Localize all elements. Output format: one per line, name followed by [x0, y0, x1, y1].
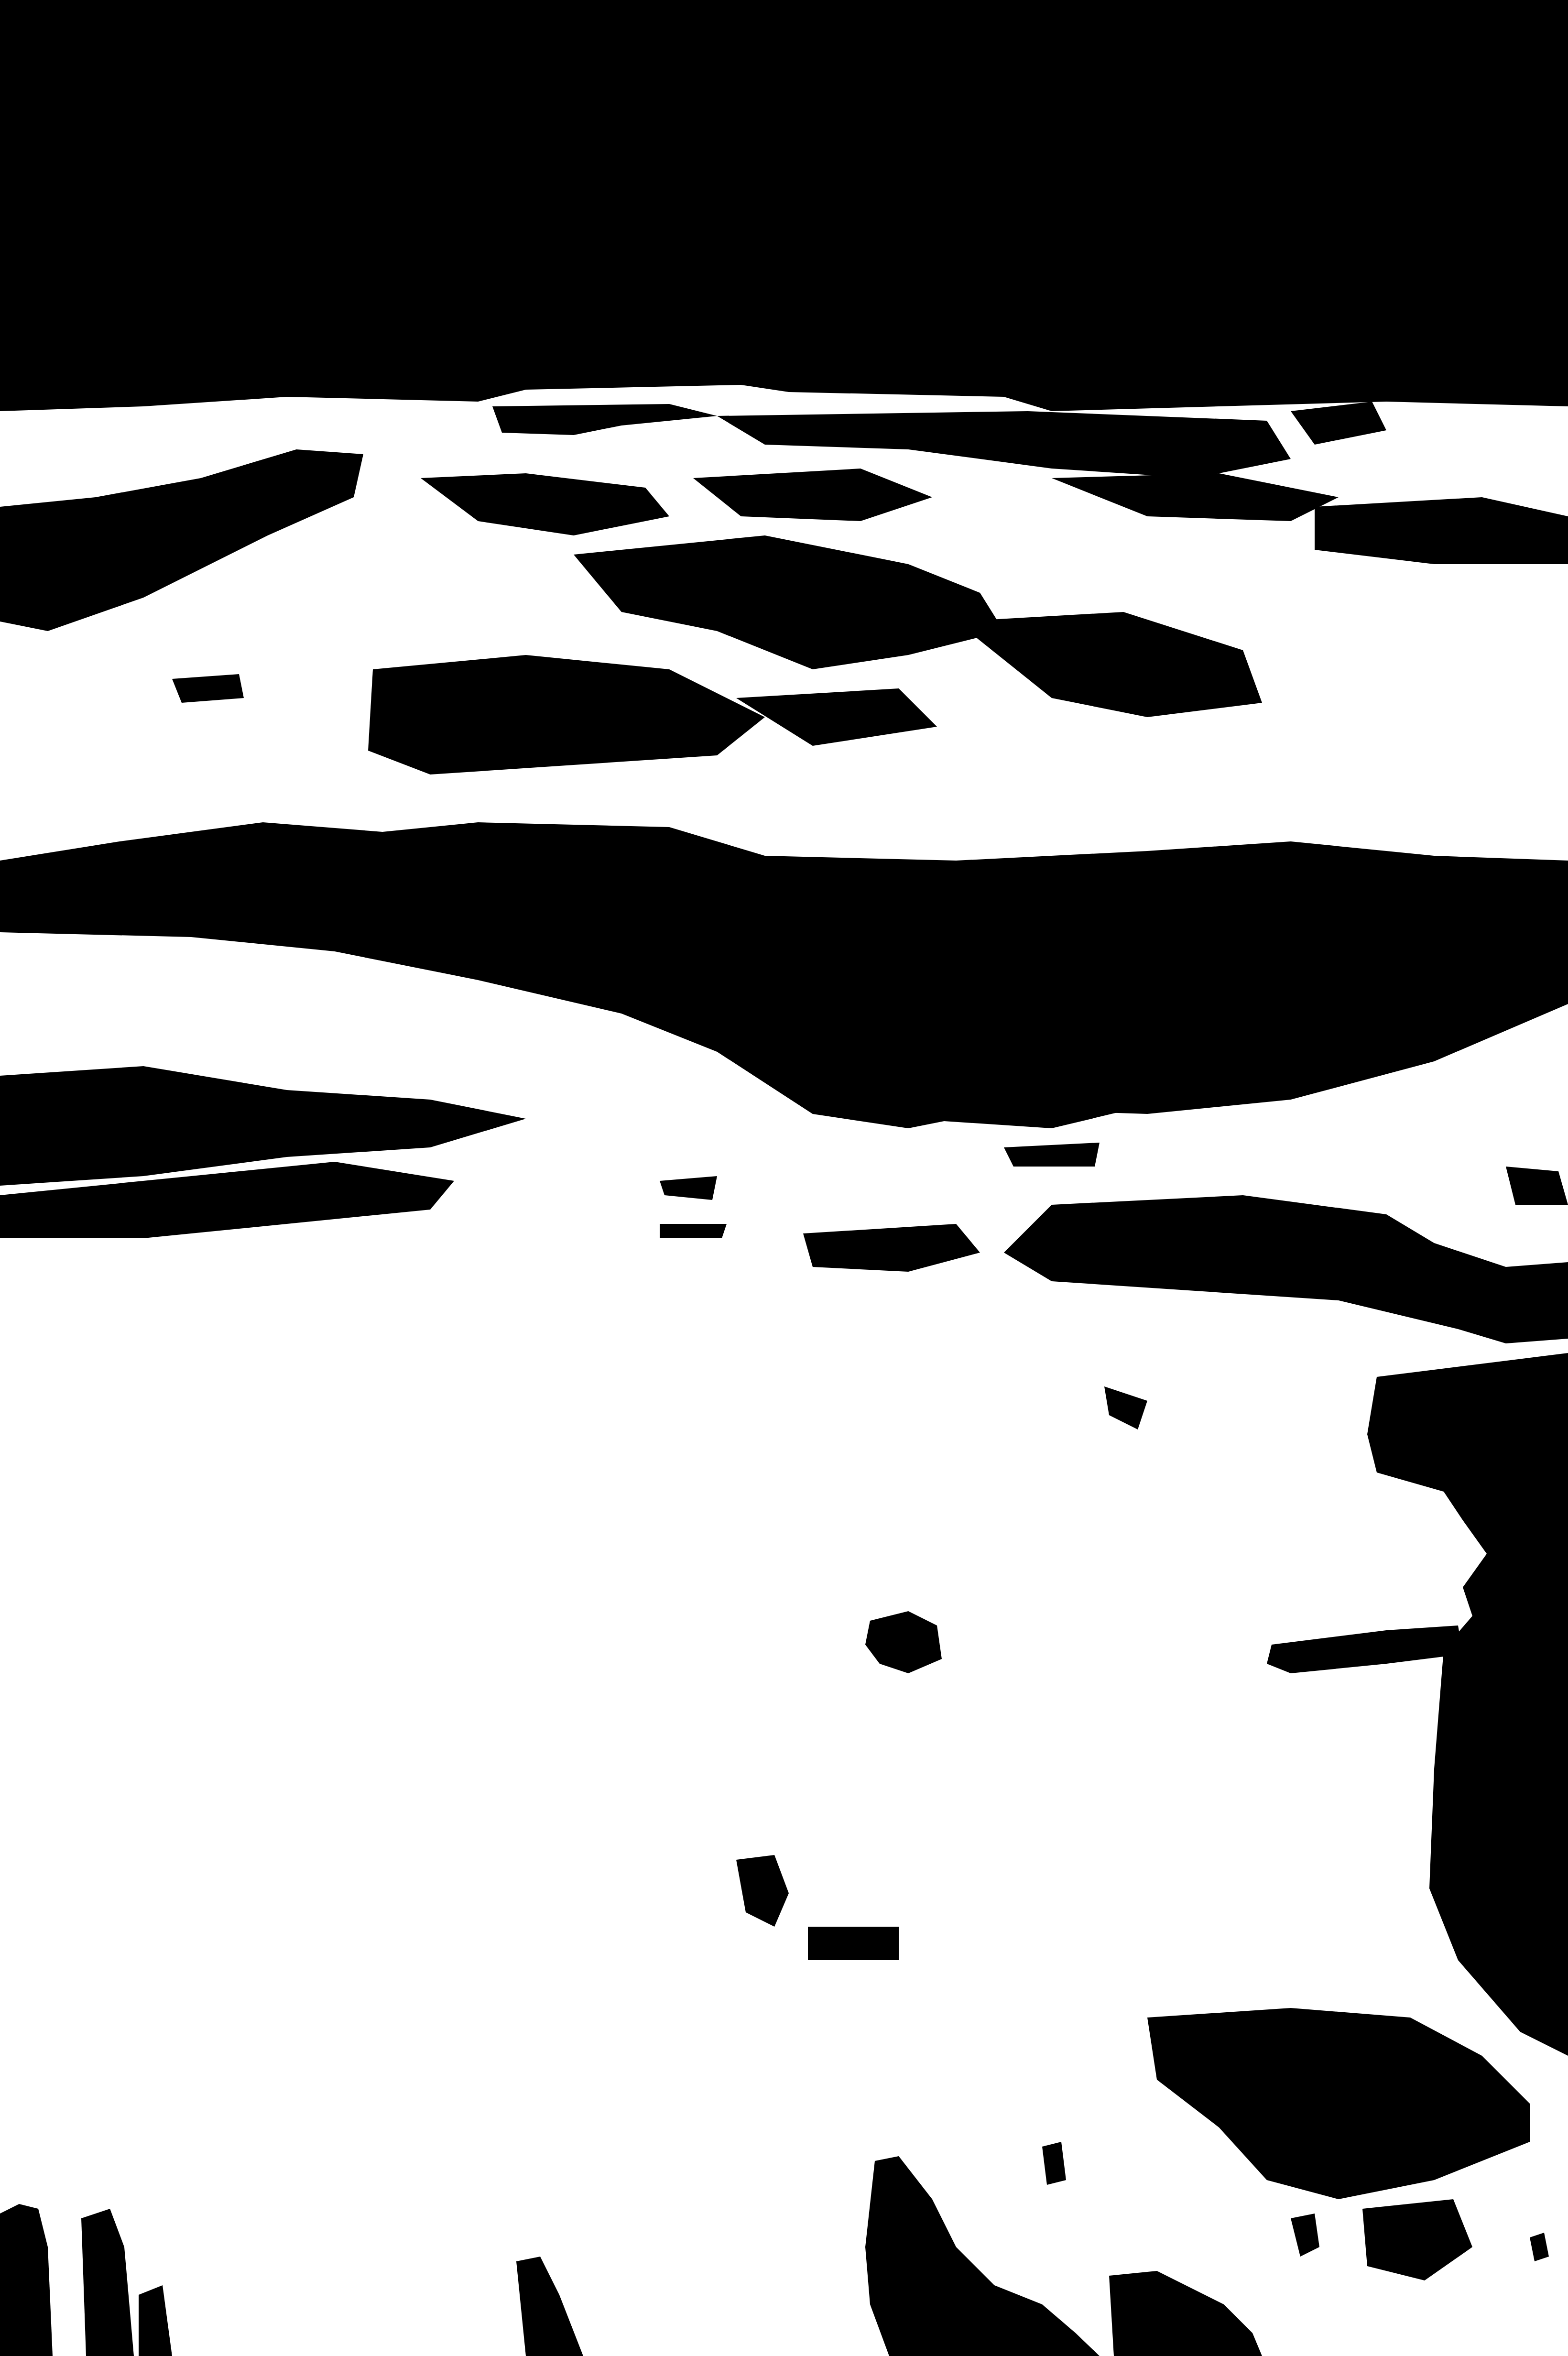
terrain-photo: High-contrast black-and-white thresholde… [0, 0, 1568, 2356]
terrain-illustration [0, 0, 1568, 2356]
